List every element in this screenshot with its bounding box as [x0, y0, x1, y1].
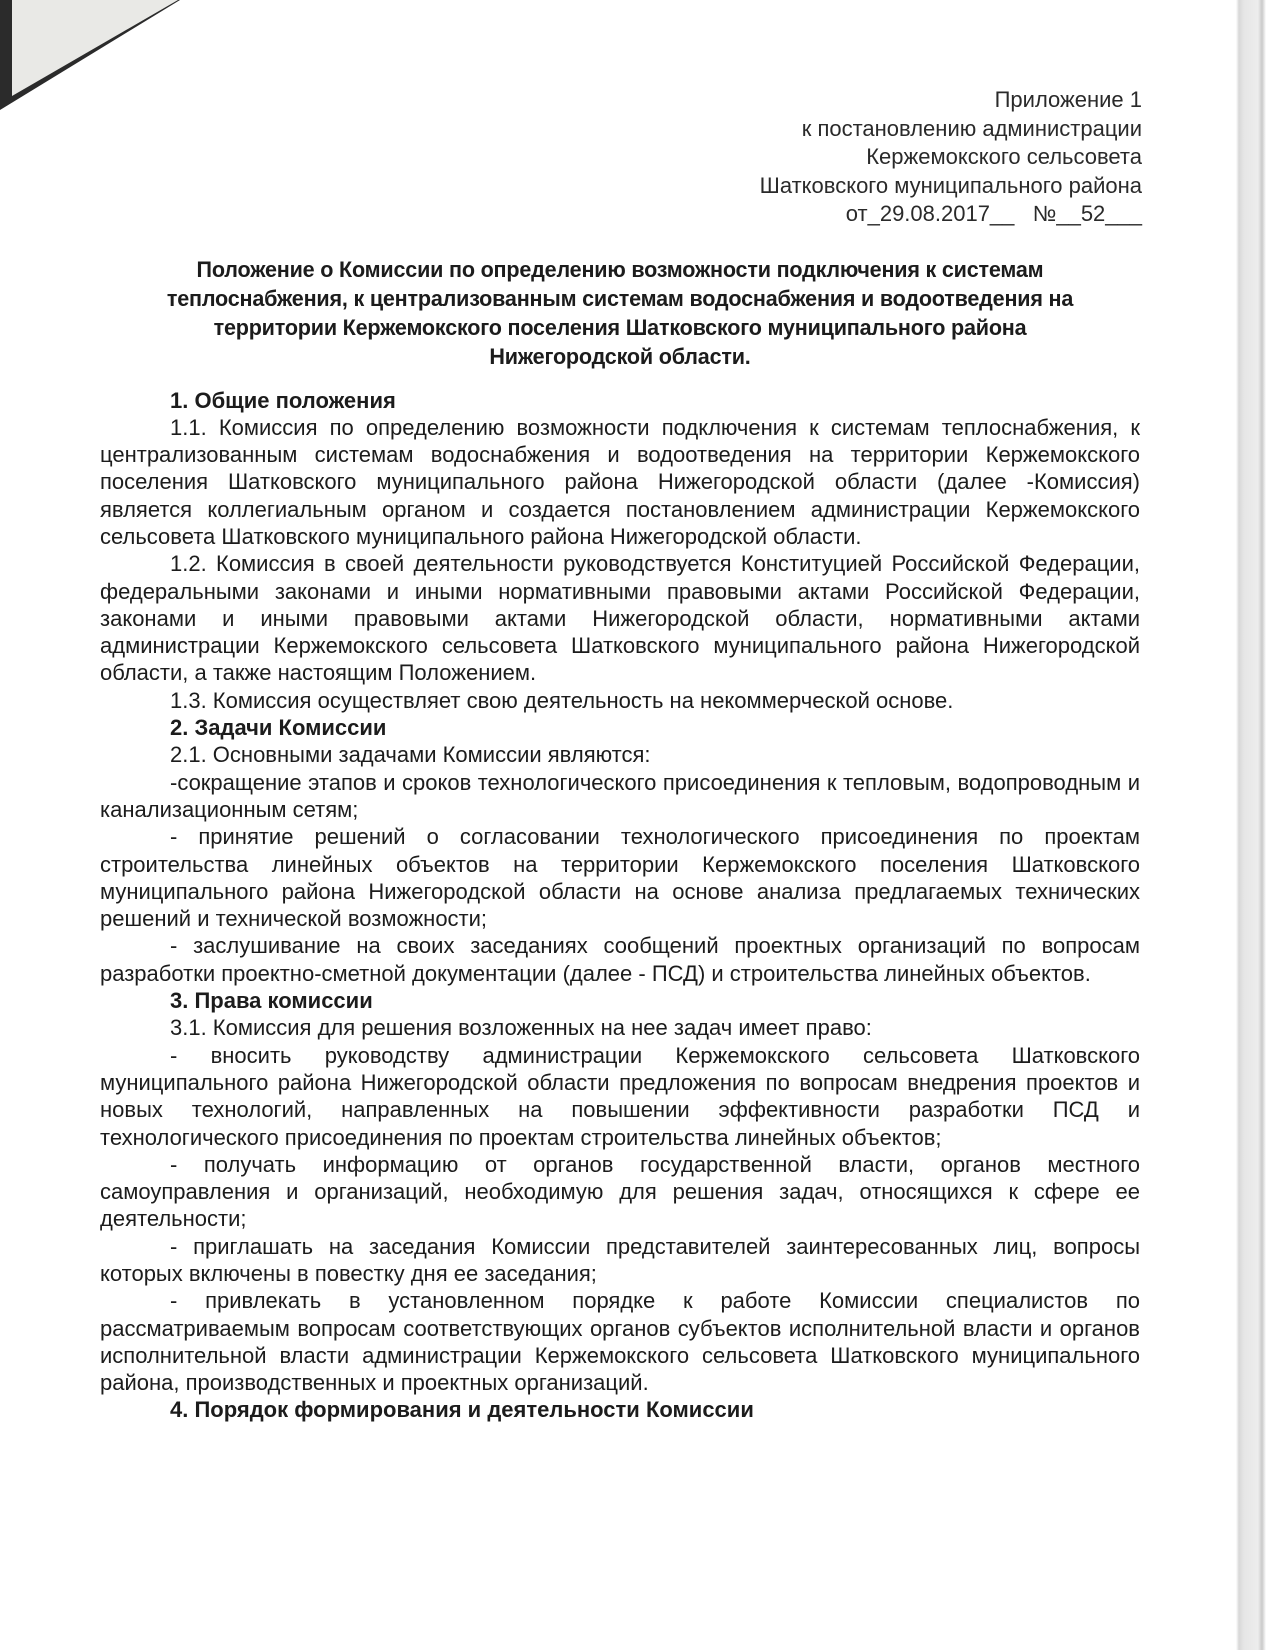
section-heading: 4. Порядок формирования и деятельности К… — [100, 1396, 1140, 1423]
paragraph: 1.3. Комиссия осуществляет свою деятельн… — [100, 687, 1140, 714]
appendix-line: Кержемокского сельсовета — [100, 143, 1142, 172]
document-title: Положение о Комиссии по определению возм… — [110, 255, 1129, 371]
appendix-line: Приложение 1 — [100, 86, 1142, 115]
list-item: - принятие решений о согласовании технол… — [100, 823, 1140, 932]
list-item: - вносить руководству администрации Керж… — [100, 1042, 1140, 1151]
list-item: - получать информацию от органов государ… — [100, 1151, 1140, 1233]
section-heading: 1. Общие положения — [100, 387, 1140, 414]
list-item: -сокращение этапов и сроков технологичес… — [100, 769, 1140, 824]
document-body: 1. Общие положения 1.1. Комиссия по опре… — [100, 387, 1140, 1424]
paragraph: 2.1. Основными задачами Комиссии являютс… — [100, 741, 1140, 768]
list-item: - заслушивание на своих заседаниях сообщ… — [100, 932, 1140, 987]
appendix-block: Приложение 1 к постановлению администрац… — [100, 86, 1142, 229]
appendix-line: к постановлению администрации — [100, 115, 1142, 144]
section-heading: 2. Задачи Комиссии — [100, 714, 1140, 741]
appendix-date-number: от_29.08.2017__ №__52___ — [100, 200, 1142, 229]
list-item: - привлекать в установленном порядке к р… — [100, 1287, 1140, 1396]
page-edge-shadow — [1236, 0, 1276, 1650]
scan-folded-corner — [12, 0, 178, 96]
list-item: - приглашать на заседания Комиссии предс… — [100, 1233, 1140, 1288]
paragraph: 3.1. Комиссия для решения возложенных на… — [100, 1014, 1140, 1041]
paragraph: 1.1. Комиссия по определению возможности… — [100, 414, 1140, 550]
section-heading: 3. Права комиссии — [100, 987, 1140, 1014]
document-page: Приложение 1 к постановлению администрац… — [100, 86, 1140, 1424]
paragraph: 1.2. Комиссия в своей деятельности руков… — [100, 550, 1140, 686]
appendix-line: Шатковского муниципального района — [100, 172, 1142, 201]
